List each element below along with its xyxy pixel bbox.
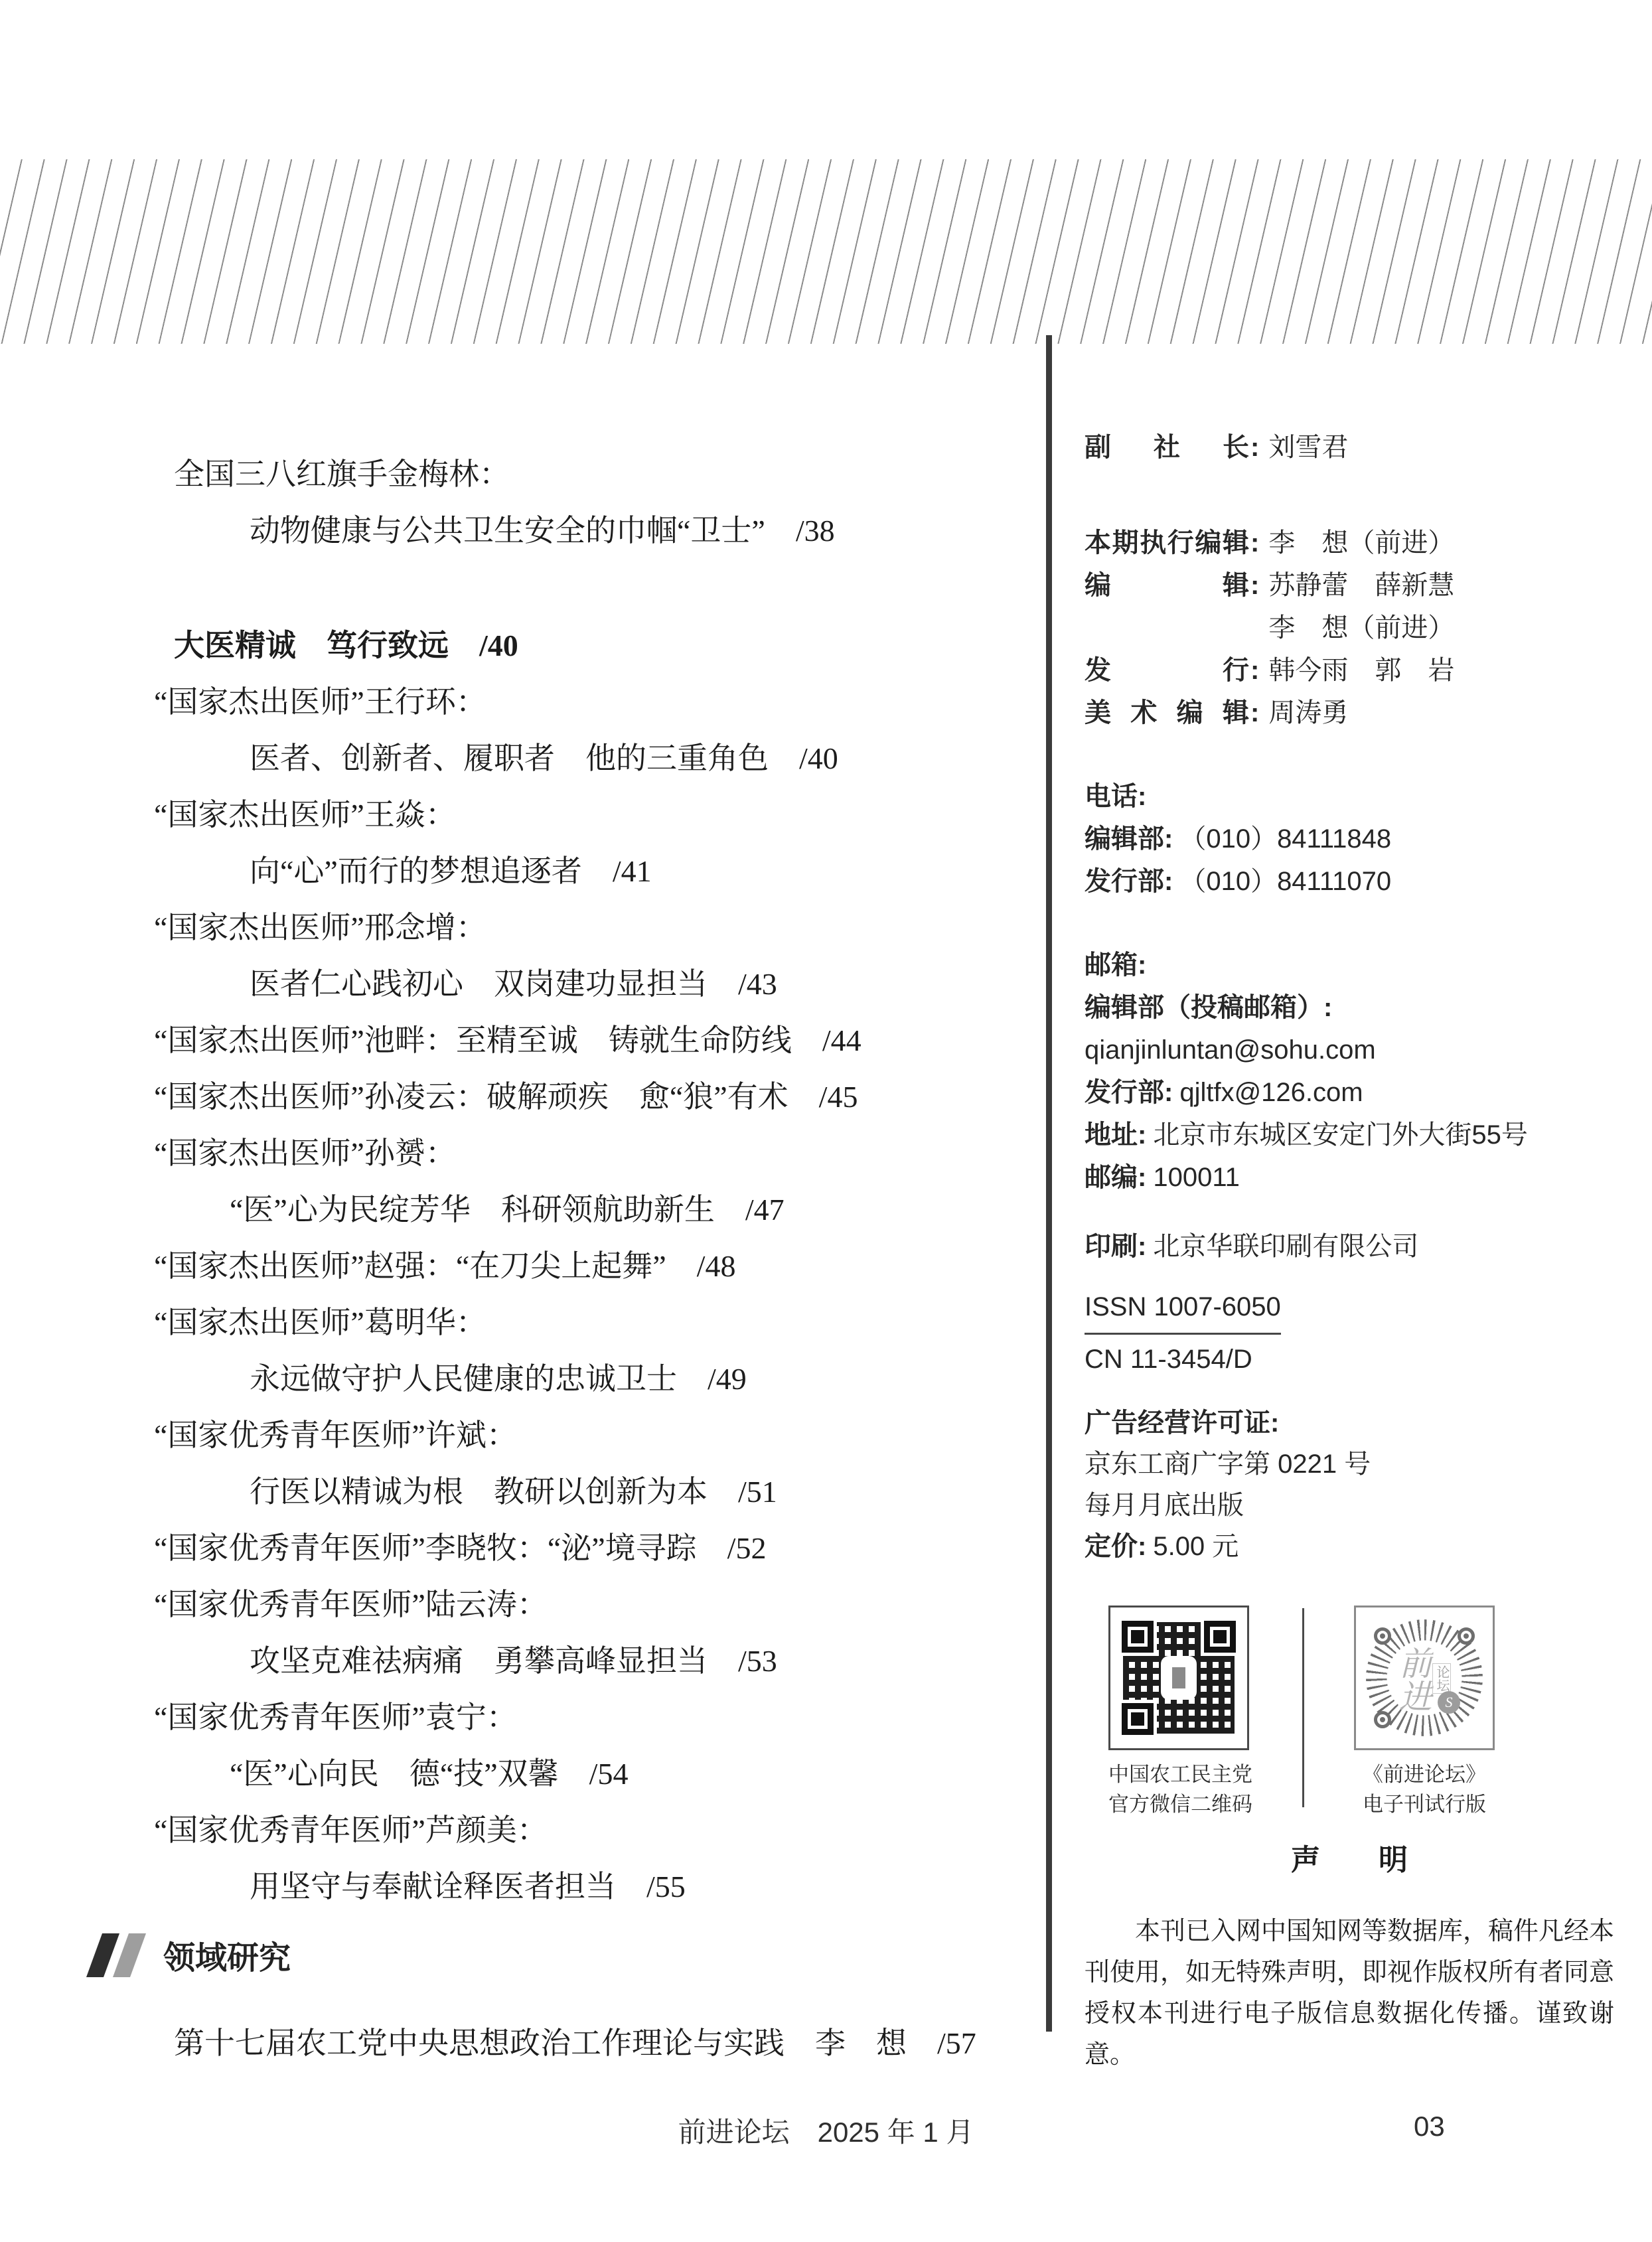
masthead-staff-row: 本期执行编辑:李 想（前进） xyxy=(1085,522,1614,564)
statement-title: 声 明 xyxy=(1085,1843,1614,1878)
toc-entry-text: “国家杰出医师”孙赟： xyxy=(154,1136,456,1170)
table-of-contents: 全国三八红旗手金梅林：动物健康与公共卫生安全的巾帼“卫士” /38大医精诚 笃行… xyxy=(174,446,1037,2071)
staff-person-name: 李 想（前进） xyxy=(1268,528,1454,558)
toc-entry: “国家优秀青年医师”袁宁： xyxy=(154,1689,1037,1746)
toc-entry: 医者、创新者、履职者 他的三重角色 /40 xyxy=(174,730,1037,786)
miniprogram-qr-cell: 前进 论坛 S 《前进论坛》 电子刊试行版 xyxy=(1354,1606,1495,1819)
double-slash-icon xyxy=(86,1933,146,1977)
section-header-research: 领域研究 xyxy=(94,1927,1037,1983)
license-block: 广告经营许可证: 京东工商广字第 0221 号 每月月底出版 定价:5.00 元 xyxy=(1085,1402,1614,1567)
contact-value: 北京市东城区安定门外大街55号 xyxy=(1153,1120,1528,1150)
toc-entry: “国家杰出医师”池畔：至精至诚 铸就生命防线 /44 xyxy=(154,1012,1037,1069)
masthead-contact-row: 地址:北京市东城区安定门外大街55号 xyxy=(1085,1114,1614,1156)
toc-entry-text: 行医以精诚为根 教研以创新为本 /51 xyxy=(250,1475,777,1509)
toc-entry-text: “国家优秀青年医师”李晓牧：“泌”境寻踪 /52 xyxy=(154,1531,766,1565)
toc-entry-text: “国家优秀青年医师”芦颜美： xyxy=(154,1813,548,1847)
wechat-qr-cell: 中国农工民主党 官方微信二维码 xyxy=(1108,1606,1249,1819)
toc-entry-text: 医者、创新者、履职者 他的三重角色 /40 xyxy=(250,741,838,775)
toc-entry: 永远做守护人民健康的忠诚卫士 /49 xyxy=(174,1351,1037,1407)
contact-label: 编辑部: xyxy=(1085,824,1173,854)
staff-person-name: 李 想（前进） xyxy=(1268,613,1454,642)
contact-value: （010）84111848 xyxy=(1179,824,1391,854)
contact-value: qjltfx@126.com xyxy=(1179,1078,1363,1107)
section-title: 领域研究 xyxy=(163,1932,291,1978)
toc-entry: “国家优秀青年医师”李晓牧：“泌”境寻踪 /52 xyxy=(154,1520,1037,1576)
toc-entry-text: 用坚守与奉献诠释医者担当 /55 xyxy=(250,1870,686,1904)
qr-finder-icon xyxy=(1122,1703,1154,1735)
caption-line: 电子刊试行版 xyxy=(1354,1789,1495,1819)
caption-line: 官方微信二维码 xyxy=(1108,1789,1249,1819)
toc-entry: 攻坚克难祛病痛 勇攀高峰显担当 /53 xyxy=(174,1633,1037,1689)
staff-person-name: 苏静蕾 薛新慧 xyxy=(1268,571,1454,600)
masthead-contact-row: 电话: xyxy=(1085,775,1614,818)
caption-line: 中国农工民主党 xyxy=(1108,1759,1249,1789)
party-logo-icon xyxy=(1164,1659,1194,1697)
toc-entry: “国家杰出医师”孙赟： xyxy=(154,1125,1037,1181)
toc-entry: “国家优秀青年医师”许斌： xyxy=(154,1407,1037,1463)
masthead-staff-list: 副社长:刘雪君 本期执行编辑:李 想（前进） 编辑:苏静蕾 薛新慧 :李 想（前… xyxy=(1085,426,1614,734)
masthead-staff-row: 副社长:刘雪君 xyxy=(1085,426,1614,469)
masthead-contact-list: 电话: 编辑部:（010）84111848 发行部:（010）84111070 … xyxy=(1085,775,1614,1268)
masthead-contact-row: 编辑部（投稿邮箱）: xyxy=(1085,986,1614,1029)
mini-finder-dot-icon xyxy=(1374,1711,1391,1728)
toc-entry-text: “国家杰出医师”邢念增： xyxy=(154,911,487,944)
toc-entry-text: 永远做守护人民健康的忠诚卫士 /49 xyxy=(250,1362,747,1396)
toc-entry: “医”心为民绽芳华 科研领航助新生 /47 xyxy=(154,1181,1037,1238)
toc-entry-text: 攻坚克难祛病痛 勇攀高峰显担当 /53 xyxy=(250,1644,777,1678)
contact-label: 电话: xyxy=(1085,782,1146,811)
statement-block: 声 明 本刊已入网中国知网等数据库，稿件凡经本刊使用，如无特殊声明，即视作版权所… xyxy=(1085,1843,1614,2075)
caption-line: 《前进论坛》 xyxy=(1354,1759,1495,1789)
wechat-qr-caption: 中国农工民主党 官方微信二维码 xyxy=(1108,1759,1249,1819)
toc-entry: “国家杰出医师”王行环： xyxy=(154,674,1037,730)
qr-codes-section: 中国农工民主党 官方微信二维码 前进 论坛 S 《前进论坛》 xyxy=(1085,1606,1614,1819)
toc-entry-text: “国家杰出医师”王行环： xyxy=(154,685,487,719)
masthead-contact-row: 邮箱: xyxy=(1085,944,1614,986)
qr-finder-icon xyxy=(1122,1621,1154,1653)
qr-divider-line xyxy=(1302,1608,1304,1807)
staff-role-label: 本期执行编辑 xyxy=(1085,522,1249,564)
contact-value: 北京华联印刷有限公司 xyxy=(1153,1232,1418,1261)
qr-pattern xyxy=(1123,1622,1235,1734)
toc-entry: 行医以精诚为根 教研以创新为本 /51 xyxy=(174,1463,1037,1520)
toc-entry-text: “国家杰出医师”孙凌云：破解顽疾 愈“狼”有术 /45 xyxy=(154,1080,858,1114)
colon: : xyxy=(1250,528,1259,558)
ad-license-title: 广告经营许可证: xyxy=(1085,1402,1614,1444)
wechat-channel-badge-icon: S xyxy=(1438,1691,1460,1714)
mini-finder-dot-icon xyxy=(1374,1627,1391,1645)
masthead-staff-row: 美术编辑:周涛勇 xyxy=(1085,692,1614,734)
staff-role-label: 美术编辑 xyxy=(1085,692,1249,734)
toc-entry: 医者仁心践初心 双岗建功显担当 /43 xyxy=(174,956,1037,1012)
contact-label: 地址: xyxy=(1085,1120,1146,1150)
toc-entry-text: “国家杰出医师”葛明华： xyxy=(154,1306,487,1339)
toc-entry: 用坚守与奉献诠释医者担当 /55 xyxy=(174,1858,1037,1915)
masthead-contact-row: 邮编:100011 xyxy=(1085,1156,1614,1199)
toc-entry-text: “国家杰出医师”王焱： xyxy=(154,798,456,832)
toc-entry: “医”心向民 德“技”双馨 /54 xyxy=(154,1746,1037,1802)
contact-label: 发行部: xyxy=(1085,867,1173,896)
price-label: 定价: xyxy=(1085,1532,1146,1561)
toc-entry-text: “国家杰出医师”赵强：“在刀尖上起舞” /48 xyxy=(154,1249,735,1283)
toc-entry-text: 大医精诚 笃行致远 /40 xyxy=(174,629,518,662)
staff-role-label: 发行 xyxy=(1085,649,1249,692)
miniprogram-pattern: 前进 论坛 S xyxy=(1366,1619,1483,1736)
logo-calligraphy-text: 前进 xyxy=(1396,1646,1430,1712)
colon: : xyxy=(1250,698,1259,727)
contact-value: 100011 xyxy=(1153,1163,1240,1192)
masthead-staff-row: 发行:韩今雨 郭 岩 xyxy=(1085,649,1614,692)
contact-label: 印刷: xyxy=(1085,1232,1146,1261)
miniprogram-caption: 《前进论坛》 电子刊试行版 xyxy=(1354,1759,1495,1819)
toc-entry: “国家杰出医师”王焱： xyxy=(154,786,1037,843)
miniprogram-code: 前进 论坛 S xyxy=(1354,1606,1495,1750)
toc-entry: “国家杰出医师”赵强：“在刀尖上起舞” /48 xyxy=(154,1238,1037,1294)
masthead-staff-row: 编辑:苏静蕾 薛新慧 xyxy=(1085,564,1614,607)
toc-entry: 向“心”而行的梦想追逐者 /41 xyxy=(174,843,1037,899)
toc-entry-text: “国家优秀青年医师”袁宁： xyxy=(154,1700,517,1734)
contact-value: qianjinluntan@sohu.com xyxy=(1085,1035,1376,1065)
issn-block: ISSN 1007-6050 CN 11-3454/D xyxy=(1085,1292,1614,1375)
contact-value: （010）84111070 xyxy=(1179,867,1391,896)
toc-entry-text: 全国三八红旗手金梅林： xyxy=(174,457,510,491)
price-line: 定价:5.00 元 xyxy=(1085,1526,1614,1567)
journal-logo: 前进 论坛 S xyxy=(1387,1641,1462,1715)
masthead-contact-row: 发行部:（010）84111070 xyxy=(1085,860,1614,903)
masthead-contact-row: 印刷:北京华联印刷有限公司 xyxy=(1085,1225,1614,1268)
cn-number: CN 11-3454/D xyxy=(1085,1344,1614,1375)
masthead-contact-row: qianjinluntan@sohu.com xyxy=(1085,1029,1614,1071)
ad-license-number: 京东工商广字第 0221 号 xyxy=(1085,1444,1614,1485)
toc-entry: “国家杰出医师”孙凌云：破解顽疾 愈“狼”有术 /45 xyxy=(154,1069,1037,1125)
staff-person-name: 周涛勇 xyxy=(1268,698,1348,727)
toc-entry: “国家杰出医师”邢念增： xyxy=(154,899,1037,956)
toc-entry-text: “医”心为民绽芳华 科研领航助新生 /47 xyxy=(230,1193,785,1227)
masthead-column: 副社长:刘雪君 本期执行编辑:李 想（前进） 编辑:苏静蕾 薛新慧 :李 想（前… xyxy=(1085,426,1614,2075)
toc-entry: 动物健康与公共卫生安全的巾帼“卫士” /38 xyxy=(174,502,1037,559)
mini-finder-dot-icon xyxy=(1458,1627,1475,1645)
toc-entry: “国家优秀青年医师”芦颜美： xyxy=(154,1802,1037,1858)
toc-entry-text: “医”心向民 德“技”双馨 /54 xyxy=(230,1757,628,1791)
toc-entry: “国家杰出医师”葛明华： xyxy=(154,1294,1037,1351)
contact-label: 邮编: xyxy=(1085,1163,1146,1192)
toc-entry-text: “国家杰出医师”池畔：至精至诚 铸就生命防线 /44 xyxy=(154,1023,862,1057)
masthead-staff-row: :李 想（前进） xyxy=(1085,607,1614,649)
staff-role-label: 副社长 xyxy=(1085,426,1249,469)
contact-label: 编辑部（投稿邮箱）: xyxy=(1085,993,1332,1022)
toc-entry-research: 第十七届农工党中央思想政治工作理论与实践 李 想 /57 xyxy=(174,2015,1037,2071)
toc-entry-text: 向“心”而行的梦想追逐者 /41 xyxy=(250,854,652,888)
staff-person-name: 刘雪君 xyxy=(1268,433,1348,462)
staff-role-label: 编辑 xyxy=(1085,564,1249,607)
price-value: 5.00 元 xyxy=(1153,1532,1239,1561)
toc-entry: 大医精诚 笃行致远 /40 xyxy=(174,617,1037,674)
page-number: 03 xyxy=(1414,2111,1445,2142)
publish-schedule: 每月月底出版 xyxy=(1085,1485,1614,1526)
toc-entry-text: “国家优秀青年医师”陆云涛： xyxy=(154,1588,548,1621)
toc-entry-text: 医者仁心践初心 双岗建功显担当 /43 xyxy=(250,967,777,1001)
colon: : xyxy=(1250,656,1259,685)
logo-seal-text: 论坛 xyxy=(1432,1663,1451,1694)
toc-entry: 全国三八红旗手金梅林： xyxy=(174,446,1037,502)
masthead-contact-row: 编辑部:（010）84111848 xyxy=(1085,818,1614,860)
contact-label: 发行部: xyxy=(1085,1078,1173,1107)
toc-entries: 全国三八红旗手金梅林：动物健康与公共卫生安全的巾帼“卫士” /38大医精诚 笃行… xyxy=(174,446,1037,1915)
colon: : xyxy=(1250,571,1259,600)
colon: : xyxy=(1250,433,1259,462)
statement-body: 本刊已入网中国知网等数据库，稿件凡经本刊使用，如无特殊声明，即视作版权所有者同意… xyxy=(1085,1911,1614,2075)
toc-entry-text: 动物健康与公共卫生安全的巾帼“卫士” /38 xyxy=(250,514,835,548)
issn-text: ISSN 1007-6050 xyxy=(1085,1292,1281,1335)
column-divider-line xyxy=(1046,335,1052,2032)
staff-person-name: 韩今雨 郭 岩 xyxy=(1268,656,1454,685)
wechat-qr-code xyxy=(1108,1606,1249,1750)
contact-label: 邮箱: xyxy=(1085,950,1146,980)
diagonal-hatch-band xyxy=(0,159,1652,344)
footer-journal-date: 前进论坛 2025 年 1 月 xyxy=(0,2111,1652,2150)
toc-entry-text: “国家优秀青年医师”许斌： xyxy=(154,1418,517,1452)
masthead-contact-row: 发行部:qjltfx@126.com xyxy=(1085,1071,1614,1114)
toc-entry: “国家优秀青年医师”陆云涛： xyxy=(154,1576,1037,1633)
qr-finder-icon xyxy=(1204,1621,1236,1653)
issn-number: ISSN 1007-6050 xyxy=(1085,1292,1614,1335)
